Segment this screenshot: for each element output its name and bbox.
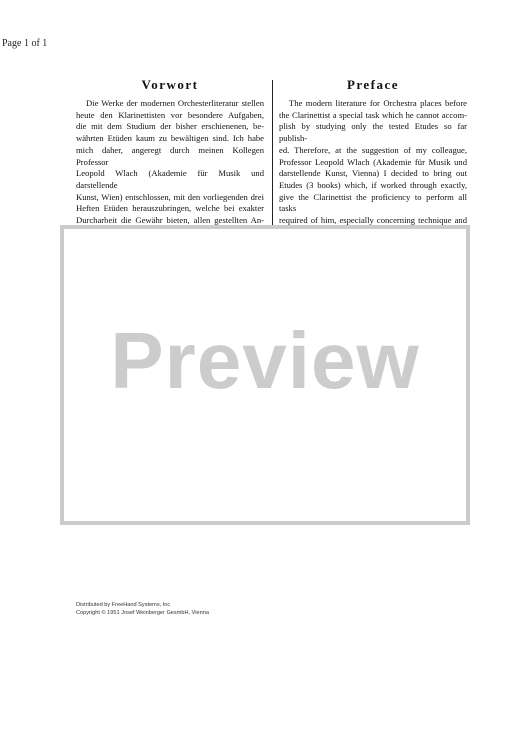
text-line: darstellende Kunst, Vienna) I decided to…: [279, 168, 467, 180]
text-line: Professor Leopold Wlach (Akademie für Mu…: [279, 157, 467, 169]
text-line: Etudes (3 books) which, if worked throug…: [279, 180, 467, 192]
footer-credits: Distributed by FreeHand Systems, Inc Cop…: [76, 602, 209, 617]
vorwort-title: Vorwort: [76, 78, 264, 92]
text-line: Die Werke der modernen Orchesterliteratu…: [76, 98, 264, 110]
text-line: währten Etüden kaum zu bewältigen sind. …: [76, 133, 264, 145]
text-line: Heften Etüden herauszubringen, welche be…: [76, 203, 264, 215]
column-divider: [272, 80, 273, 230]
text-line: die mit dem Studium der bisher erschiene…: [76, 121, 264, 133]
page-indicator: Page 1 of 1: [2, 38, 47, 49]
text-line: The modern literature for Orchestra plac…: [279, 98, 467, 110]
text-line: heute den Klarinettisten vor besondere A…: [76, 110, 264, 122]
preview-watermark-text: Preview: [64, 321, 466, 401]
text-line: ed. Therefore, at the suggestion of my c…: [279, 145, 467, 157]
text-line: give the Clarinettist the proficiency to…: [279, 192, 467, 215]
text-line: plish by studying only the tested Etudes…: [279, 121, 467, 144]
preface-title: Preface: [279, 78, 467, 92]
text-line: the Clarinettist a special task which he…: [279, 110, 467, 122]
text-line: Kunst, Wien) entschlossen, mit den vorli…: [76, 192, 264, 204]
copyright-line: Copyright © 1951 Josef Weinberger GesmbH…: [76, 610, 209, 618]
preface-body: The modern literature for Orchestra plac…: [279, 98, 467, 238]
text-line: mich daher, angeregt durch meinen Kolleg…: [76, 145, 264, 168]
preview-watermark-box: Preview: [60, 225, 470, 525]
distributor-line: Distributed by FreeHand Systems, Inc: [76, 602, 209, 610]
text-line: Leopold Wlach (Akademie für Musik und da…: [76, 168, 264, 191]
